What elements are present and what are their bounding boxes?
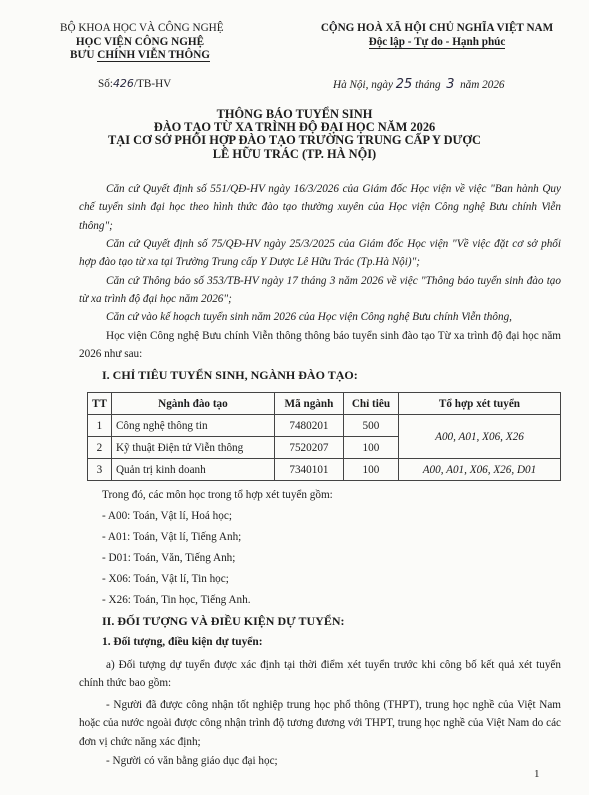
institute-name-line1: HỌC VIỆN CÔNG NGHỆ: [60, 36, 220, 50]
legal-basis-3: Căn cứ Thông báo số 353/TB-HV ngày 17 th…: [79, 272, 561, 309]
document-number: Số:426/TB-HV: [98, 77, 171, 90]
institute-name-line2: BƯU CHÍNH VIỄN THÔNG: [60, 49, 220, 63]
legal-basis-4: Căn cứ vào kế hoạch tuyển sinh năm 2026 …: [79, 308, 561, 326]
legal-basis-3-text: Căn cứ Thông báo số 353/TB-HV ngày 17 th…: [79, 275, 561, 305]
announcement-paragraph: Học viện Công nghệ Bưu chính Viễn thông …: [79, 327, 561, 364]
eligibility-bullet-1-text: - Người đã được công nhận tốt nghiệp tru…: [79, 699, 561, 748]
issuing-authority-block: BỘ KHOA HỌC VÀ CÔNG NGHỆ HỌC VIỆN CÔNG N…: [60, 22, 220, 63]
cell-tt: 3: [88, 459, 112, 481]
col-header-code: Mã ngành: [274, 393, 343, 415]
doc-no-suffix: /TB-HV: [134, 78, 171, 90]
eligibility-bullet-1: - Người đã được công nhận tốt nghiệp tru…: [79, 696, 561, 751]
cell-quota: 500: [343, 415, 398, 437]
col-header-program: Ngành đào tạo: [111, 393, 274, 415]
cell-program: Công nghệ thông tin: [111, 415, 274, 437]
date-month-label: tháng: [415, 79, 440, 91]
subject-combo-item: - A00: Toán, Vật lí, Hoá học;: [102, 510, 232, 522]
subjects-intro: Trong đó, các môn học trong tổ hợp xét t…: [102, 489, 333, 501]
col-header-combination: Tổ hợp xét tuyển: [398, 393, 560, 415]
doc-no-handwritten: 426: [113, 77, 134, 90]
ministry-name: BỘ KHOA HỌC VÀ CÔNG NGHỆ: [60, 22, 220, 36]
legal-basis-1: Căn cứ Quyết định số 551/QĐ-HV ngày 16/3…: [79, 180, 561, 235]
motto-text: Độc lập - Tự do - Hạnh phúc: [369, 36, 506, 49]
legal-basis-1-text: Căn cứ Quyết định số 551/QĐ-HV ngày 16/3…: [79, 183, 561, 232]
date-place: Hà Nội, ngày: [333, 79, 393, 91]
date-day-handwritten: 25: [396, 77, 413, 92]
subject-combo-item: - X26: Toán, Tin học, Tiếng Anh.: [102, 594, 251, 606]
title-line-4: LÊ HỮU TRÁC (TP. HÀ NỘI): [0, 148, 589, 161]
institute-name-prefix: BƯU: [70, 49, 97, 61]
subject-combo-item: - D01: Toán, Văn, Tiếng Anh;: [102, 552, 235, 564]
cell-code: 7340101: [274, 459, 343, 481]
cell-quota: 100: [343, 459, 398, 481]
date-year: năm 2026: [460, 79, 504, 91]
table-row: 1 Công nghệ thông tin 7480201 500 A00, A…: [88, 415, 561, 437]
eligibility-item-a-text: a) Đối tượng dự tuyển được xác định tại …: [79, 659, 561, 689]
legal-basis-2: Căn cứ Quyết định số 75/QĐ-HV ngày 25/3/…: [79, 235, 561, 272]
page-number: 1: [534, 768, 540, 780]
date-month-handwritten: 3: [446, 77, 454, 92]
cell-tt: 2: [88, 437, 112, 459]
cell-combination: A00, A01, X06, X26, D01: [398, 459, 560, 481]
eligibility-item-a: a) Đối tượng dự tuyển được xác định tại …: [79, 656, 561, 693]
legal-basis-4-text: Căn cứ vào kế hoạch tuyển sinh năm 2026 …: [106, 311, 512, 323]
eligibility-bullet-2: - Người có văn bằng giáo dục đại học;: [79, 752, 561, 770]
section-2-1-heading: 1. Đối tượng, điều kiện dự tuyển:: [102, 636, 263, 648]
national-header-block: CỘNG HOÀ XÃ HỘI CHỦ NGHĨA VIỆT NAM Độc l…: [292, 22, 582, 49]
national-motto: Độc lập - Tự do - Hạnh phúc: [292, 36, 582, 50]
programs-table: TT Ngành đào tạo Mã ngành Chỉ tiêu Tổ hợ…: [87, 392, 561, 481]
table-row: 3 Quản trị kinh doanh 7340101 100 A00, A…: [88, 459, 561, 481]
cell-program: Kỹ thuật Điện tử Viễn thông: [111, 437, 274, 459]
section-1-heading: I. CHỈ TIÊU TUYỂN SINH, NGÀNH ĐÀO TẠO:: [102, 368, 358, 383]
eligibility-bullet-2-text: - Người có văn bằng giáo dục đại học;: [106, 755, 278, 767]
subject-combo-item: - A01: Toán, Vật lí, Tiếng Anh;: [102, 531, 241, 543]
col-header-quota: Chỉ tiêu: [343, 393, 398, 415]
cell-tt: 1: [88, 415, 112, 437]
announcement-text: Học viện Công nghệ Bưu chính Viễn thông …: [79, 330, 561, 360]
doc-no-label: Số:: [98, 78, 113, 90]
document-title: THÔNG BÁO TUYỂN SINH ĐÀO TẠO TỪ XA TRÌNH…: [0, 108, 589, 161]
cell-program: Quản trị kinh doanh: [111, 459, 274, 481]
table-header-row: TT Ngành đào tạo Mã ngành Chỉ tiêu Tổ hợ…: [88, 393, 561, 415]
cell-code: 7520207: [274, 437, 343, 459]
col-header-tt: TT: [88, 393, 112, 415]
cell-quota: 100: [343, 437, 398, 459]
legal-basis-2-text: Căn cứ Quyết định số 75/QĐ-HV ngày 25/3/…: [79, 238, 561, 268]
cell-code: 7480201: [274, 415, 343, 437]
country-name: CỘNG HOÀ XÃ HỘI CHỦ NGHĨA VIỆT NAM: [292, 22, 582, 36]
issue-date: Hà Nội, ngày 25 tháng 3 năm 2026: [333, 77, 505, 92]
institute-name-underlined: CHÍNH VIỄN THÔNG: [97, 49, 210, 62]
title-line-3: TẠI CƠ SỞ PHỐI HỢP ĐÀO TẠO TRƯỜNG TRUNG …: [0, 134, 589, 147]
cell-combination: A00, A01, X06, X26: [398, 415, 560, 459]
subject-combo-item: - X06: Toán, Vật lí, Tin học;: [102, 573, 229, 585]
section-2-heading: II. ĐỐI TƯỢNG VÀ ĐIỀU KIỆN DỰ TUYỂN:: [102, 614, 344, 629]
